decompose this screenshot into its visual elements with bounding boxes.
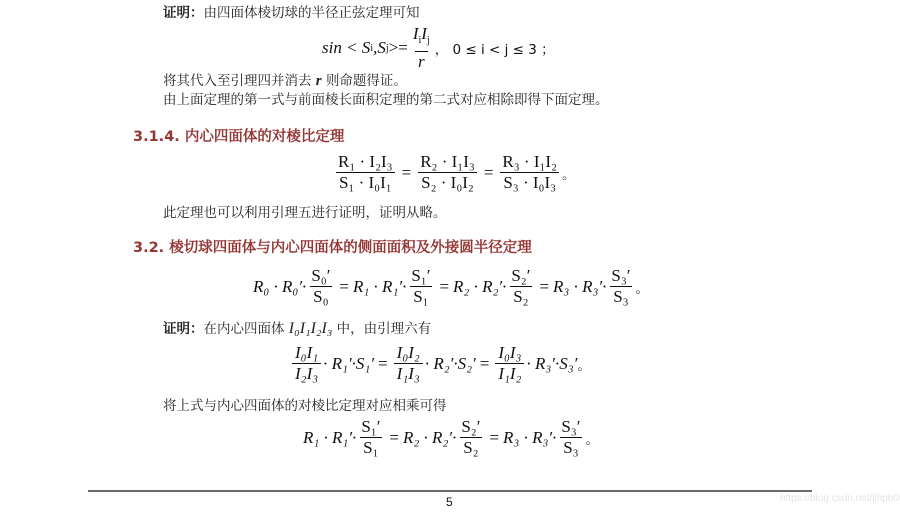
proof-text: 由四面体棱切球的半径正弦定理可知 bbox=[204, 5, 420, 21]
final-formula: R₁ · R₁′· S₁′S₁ = R₂ · R₂′· S₂′S₂ = R₃ ·… bbox=[303, 417, 599, 458]
section-3-1-4-note: 此定理也可以利用引理五进行证明，证明从略。 bbox=[163, 204, 447, 222]
transition-paragraph: 由上面定理的第一式与前面棱长面积定理的第二式对应相除即得下面定理。 bbox=[163, 91, 609, 109]
page-number: 5 bbox=[446, 495, 453, 509]
proof2-multiply-line: 将上式与内心四面体的对棱比定理对应相乘可得 bbox=[163, 397, 447, 415]
fraction: IiIj r bbox=[410, 24, 433, 72]
lemma6-formula: I₀I₁I₂I₃ · R₁′·S₁′ = I₀I₂I₁I₃ · R₂′·S₂′ … bbox=[290, 343, 591, 384]
proof-label: 证明： bbox=[163, 321, 204, 337]
footer-rule bbox=[88, 490, 812, 492]
proof1-line: 证明：由四面体棱切球的半径正弦定理可知 bbox=[163, 4, 420, 22]
proof1-conclusion: 将其代入至引理四并消去 r 则命题得证。 bbox=[163, 72, 407, 90]
sine-formula: sin < Si,Sj >= IiIj r ， 0 ≤ i < j ≤ 3 ； bbox=[322, 24, 555, 72]
opposite-edge-ratio-formula: R₁ · I₂I₃S₁ · I₀I₁ = R₂ · I₁I₃S₂ · I₀I₂ … bbox=[333, 152, 576, 193]
side-area-circumradius-formula: R₀ · R₀′· S₀′S₀ = R₁ · R₁′· S₁′S₁ = R₂ ·… bbox=[253, 266, 649, 307]
proof-label: 证明： bbox=[163, 5, 204, 21]
watermark: https://blog.csdn.net/lihpb00 bbox=[780, 493, 900, 504]
section-heading-3-2: 3.2. 棱切球四面体与内心四面体的侧面面积及外接圆半径定理 bbox=[133, 236, 532, 257]
section-heading-3-1-4: 3.1.4. 内心四面体的对棱比定理 bbox=[133, 125, 344, 146]
proof2-line: 证明：在内心四面体 I₀I₁I₂I₃ 中，由引理六有 bbox=[163, 320, 431, 338]
